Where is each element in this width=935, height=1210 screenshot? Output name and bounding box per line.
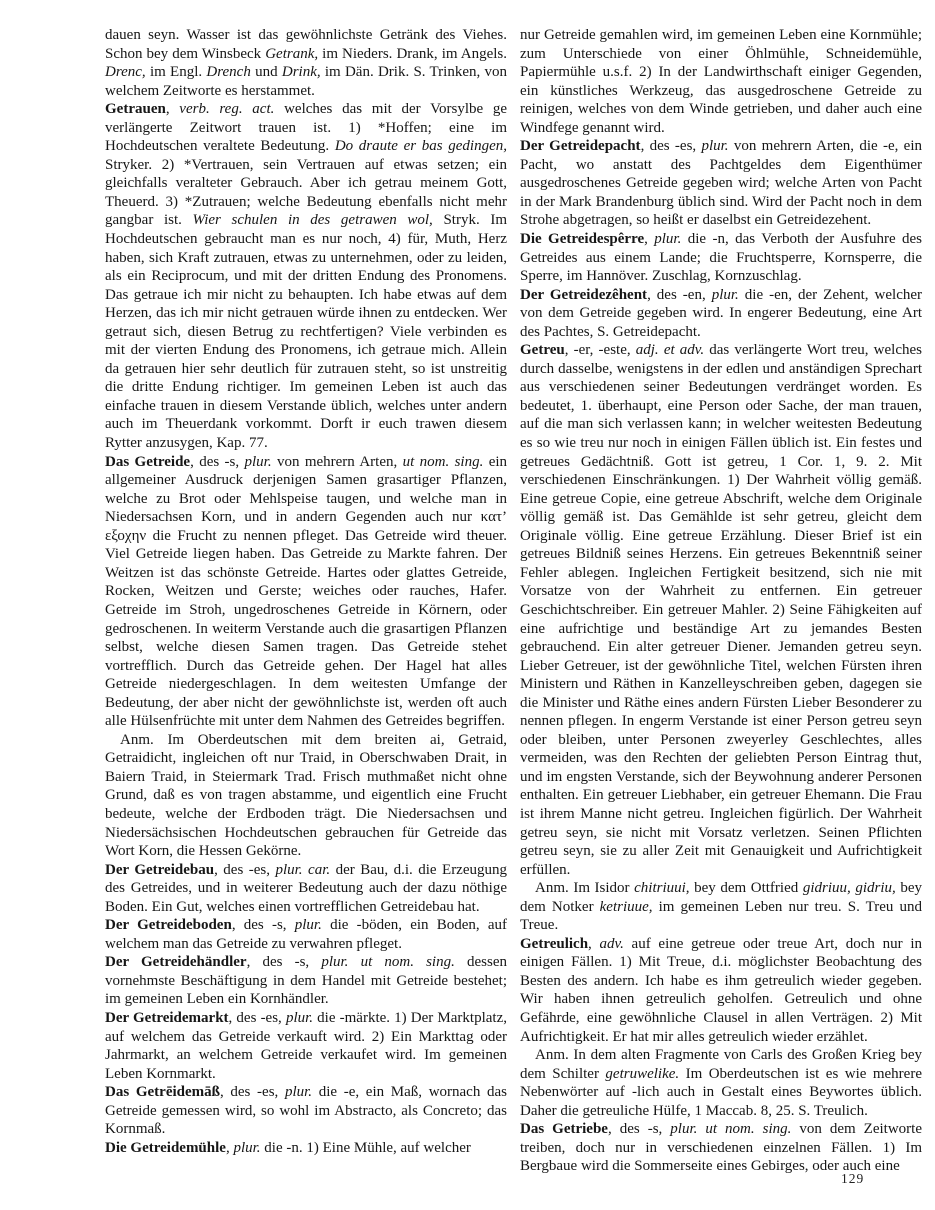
text-run: plur. (233, 1140, 260, 1156)
text-run: , des -s, (232, 917, 295, 933)
text-run: , des -es, (229, 1010, 286, 1026)
text-run: plur. (286, 1010, 313, 1026)
text-run: , des -es, (220, 1084, 285, 1100)
entry-headword: Die Getreidemühle (105, 1140, 226, 1156)
text-run: gidriuu, gidriu, (803, 880, 896, 896)
text-run: bey dem Ottfried (690, 880, 803, 896)
entry-headword: Das Getrēidemāß (105, 1084, 220, 1100)
text-run: adj. et adv. (636, 342, 704, 358)
dictionary-entry: Die Getreidemühle, plur. die -n. 1) Eine… (105, 1139, 507, 1158)
text-run: die -n. 1) Eine Mühle, auf welcher (261, 1140, 471, 1156)
continuation-paragraph: nur Getreide gemahlen wird, im gemeinen … (520, 26, 922, 137)
entry-headword: Getreu (520, 342, 565, 358)
text-run: ut nom. sing. (403, 454, 484, 470)
text-run: ketriuue, (600, 899, 653, 915)
text-run: plur. (285, 1084, 312, 1100)
annotation-paragraph: Anm. In dem alten Fragmente von Carls de… (520, 1046, 922, 1120)
text-run: Anm. Im Isidor (535, 880, 634, 896)
dictionary-entry: Getreulich, adv. auf eine getreue oder t… (520, 935, 922, 1046)
dictionary-entry: Das Getreide, des -s, plur. von mehrern … (105, 453, 507, 731)
dictionary-entry: Die Getreidespêrre, plur. die -n, das Ve… (520, 230, 922, 286)
text-run: Stryk. Im Hochdeutschen gebraucht man es… (105, 212, 507, 451)
text-run: im Engl. (146, 64, 207, 80)
text-run: , des -s, (247, 954, 322, 970)
dictionary-entry: Der Getreidehändler, des -s, plur. ut no… (105, 953, 507, 1009)
annotation-paragraph: Anm. Im Isidor chitriuui, bey dem Ottfri… (520, 879, 922, 935)
text-run: auf eine getreue oder treue Art, doch nu… (520, 936, 922, 1045)
scanned-dictionary-page: { "page": { "number": "129" }, "columns"… (0, 0, 935, 1210)
text-run: verb. reg. act. (179, 101, 274, 117)
text-run: plur. (712, 287, 739, 303)
text-run: , des -es, (641, 138, 702, 154)
text-column-left: dauen seyn. Wasser ist das gewöhnlichste… (105, 26, 507, 1176)
entry-headword: Der Getreidehändler (105, 954, 247, 970)
text-run: Getrank, (265, 46, 318, 62)
text-run: plur. ut nom. sing. (670, 1121, 791, 1137)
text-run: Anm. Im Oberdeutschen mit dem breiten ai… (105, 732, 507, 859)
text-run: plur. (245, 454, 272, 470)
dictionary-entry: Der Getreidezêhent, des -en, plur. die -… (520, 286, 922, 342)
text-run: das verlängerte Wort treu, welches durch… (520, 342, 922, 877)
text-run: , des -s, (190, 454, 244, 470)
dictionary-entry: Das Getrēidemāß, des -es, plur. die -e, … (105, 1083, 507, 1139)
text-run: Drink, (282, 64, 321, 80)
entry-headword: Getrauen (105, 101, 166, 117)
entry-headword: Die Getreidespêrre (520, 231, 644, 247)
text-run: Drenc, (105, 64, 146, 80)
dictionary-entry: Der Getreidepacht, des -es, plur. von me… (520, 137, 922, 230)
text-run: plur. (654, 231, 681, 247)
dictionary-entry: Der Getreidemarkt, des -es, plur. die -m… (105, 1009, 507, 1083)
text-run: , des -en, (647, 287, 712, 303)
entry-headword: Der Getreidemarkt (105, 1010, 229, 1026)
entry-headword: Der Getreidepacht (520, 138, 641, 154)
text-run: plur. (701, 138, 728, 154)
entry-headword: Das Getreide (105, 454, 190, 470)
continuation-paragraph: dauen seyn. Wasser ist das gewöhnlichste… (105, 26, 507, 100)
text-column-right: nur Getreide gemahlen wird, im gemeinen … (520, 26, 922, 1176)
page-number: 129 (841, 1171, 864, 1187)
text-run: getruwelike. (605, 1066, 679, 1082)
annotation-paragraph: Anm. Im Oberdeutschen mit dem breiten ai… (105, 731, 507, 861)
text-run: nur Getreide gemahlen wird, im gemeinen … (520, 27, 922, 136)
text-run: plur. ut nom. sing. (321, 954, 455, 970)
text-run: , (588, 936, 599, 952)
text-run: Drench (206, 64, 250, 80)
text-run: chitriuui, (634, 880, 689, 896)
dictionary-entry: Getreu, -er, -este, adj. et adv. das ver… (520, 341, 922, 879)
text-run: plur. car. (275, 862, 330, 878)
text-run: von mehrern Arten, (272, 454, 403, 470)
text-run: ein allgemeiner Ausdruck derjenigen Same… (105, 454, 507, 730)
text-run: plur. (295, 917, 322, 933)
text-run: im Nieders. Drank, im Angels. (318, 46, 507, 62)
text-run: , -er, -este, (565, 342, 636, 358)
dictionary-entry: Getrauen, verb. reg. act. welches das mi… (105, 100, 507, 452)
text-run: adv. (600, 936, 624, 952)
entry-headword: Getreulich (520, 936, 588, 952)
text-run: , des -es, (214, 862, 275, 878)
entry-headword: Der Getreidebau (105, 862, 214, 878)
text-run: , des -s, (608, 1121, 670, 1137)
text-run: , (644, 231, 654, 247)
dictionary-entry: Der Getreidebau, des -es, plur. car. der… (105, 861, 507, 917)
two-column-text-block: dauen seyn. Wasser ist das gewöhnlichste… (105, 26, 923, 1176)
entry-headword: Der Getreideboden (105, 917, 232, 933)
text-run: und (251, 64, 282, 80)
text-run: Wier schulen in des getrawen wol, (193, 212, 433, 228)
entry-headword: Das Getriebe (520, 1121, 608, 1137)
text-run: , (166, 101, 179, 117)
text-run: Do draute er bas gedingen, (335, 138, 507, 154)
entry-headword: Der Getreidezêhent (520, 287, 647, 303)
dictionary-entry: Das Getriebe, des -s, plur. ut nom. sing… (520, 1120, 922, 1176)
dictionary-entry: Der Getreideboden, des -s, plur. die -bö… (105, 916, 507, 953)
